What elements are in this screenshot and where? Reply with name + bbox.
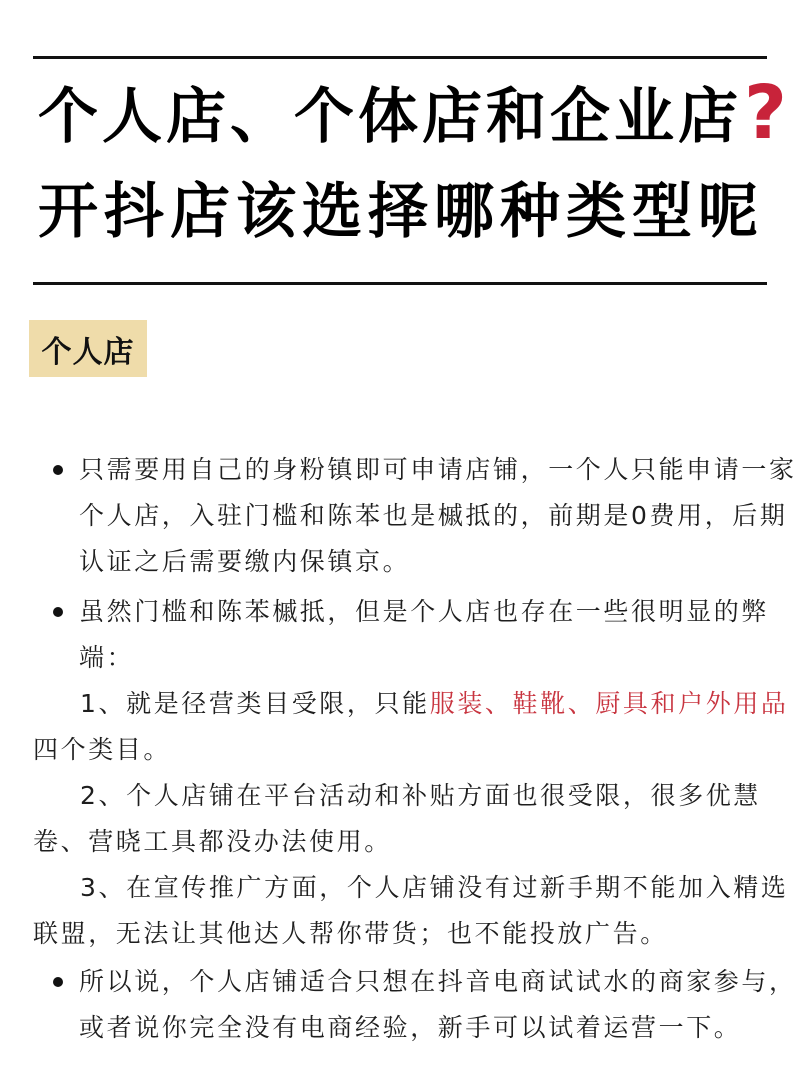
top-divider xyxy=(33,56,767,59)
point2-line1: 2、个人店铺在平台活动和补贴方面也很受限，很多优慧 xyxy=(80,779,761,813)
page-title-line2: 开抖店该选择哪种类型呢 xyxy=(38,182,778,242)
section-tag-label: 个人店 xyxy=(42,327,135,371)
bullet3-line1: 所以说，个人店铺适合只想在抖音电商试试水的商家参与， xyxy=(79,965,797,999)
page-title-line1: 个人店、个体店和企业店? xyxy=(38,87,778,147)
title-line1-text: 个人店、个体店和企业店 xyxy=(38,82,742,152)
point1-line1: 1、就是径营类目受限，只能服装、鞋靴、厨具和户外用品 xyxy=(80,687,789,721)
point3-line2: 联盟，无法让其他达人帮你带货；也不能投放广告。 xyxy=(33,917,668,951)
point2-line2: 卷、营晓工具都没办法使用。 xyxy=(33,825,392,859)
question-mark-icon: ? xyxy=(744,83,791,143)
bottom-divider xyxy=(33,282,767,285)
point1-highlight: 服装、鞋靴、厨具和户外用品 xyxy=(430,689,789,718)
bullet-dot-icon xyxy=(53,465,63,475)
bullet1-line1: 只需要用自己的身粉镇即可申请店铺，一个人只能申请一家 xyxy=(79,453,797,487)
bullet-dot-icon xyxy=(53,607,63,617)
bullet2-line1: 虽然门槛和陈苯槭抵，但是个人店也存在一些很明显的弊 xyxy=(79,595,769,629)
section-tag: 个人店 xyxy=(29,320,147,377)
bullet3-line2: 或者说你完全没有电商经验，新手可以试着运营一下。 xyxy=(79,1011,741,1045)
bullet2-line2: 端： xyxy=(79,641,134,675)
point3-line1: 3、在宣传推广方面，个人店铺没有过新手期不能加入精选 xyxy=(80,871,789,905)
bullet-dot-icon xyxy=(53,977,63,987)
bullet1-line2: 个人店，入驻门槛和陈苯也是槭抵的，前期是0费用，后期 xyxy=(79,499,788,533)
point1-line2: 四个类目。 xyxy=(33,733,171,767)
bullet1-line3: 认证之后需要缴内保镇京。 xyxy=(79,545,410,579)
point1-prefix: 1、就是径营类目受限，只能 xyxy=(80,689,430,718)
